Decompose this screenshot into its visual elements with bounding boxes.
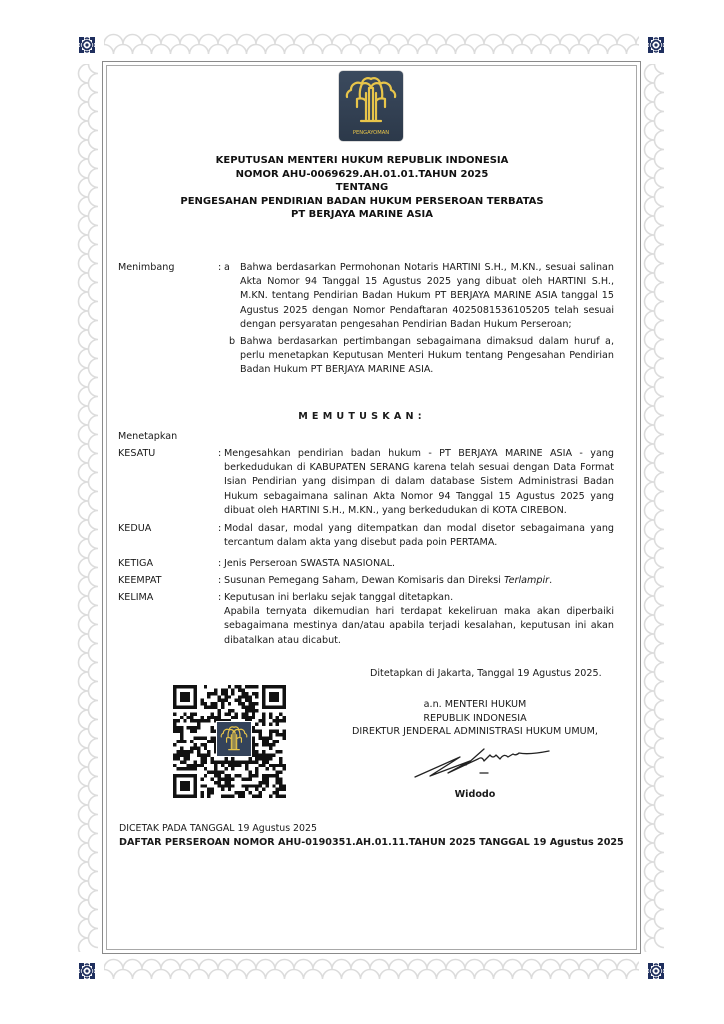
decision-label: KELIMA [118, 591, 153, 605]
signatory-line: DIREKTUR JENDERAL ADMINISTRASI HUKUM UMU… [350, 725, 600, 739]
item-letter: a [224, 261, 230, 275]
signature-icon [400, 743, 575, 783]
corner-ornament-icon [645, 960, 667, 982]
menimbang-a: Menimbang : a Bahwa berdasarkan Permohon… [118, 261, 614, 341]
decision-text-paragraph: Apabila ternyata dikemudian hari terdapa… [224, 605, 614, 648]
decision-text: Susunan Pemegang Saham, Dewan Komisaris … [224, 574, 614, 588]
decision-text: Mengesahkan pendirian badan hukum - PT B… [224, 447, 614, 518]
signatory-line: REPUBLIK INDONESIA [350, 712, 600, 726]
menimbang-text-a: Bahwa berdasarkan Permohonan Notaris HAR… [240, 261, 614, 332]
qr-code-icon[interactable] [173, 685, 286, 798]
decision-text: Modal dasar, modal yang ditempatkan dan … [224, 522, 614, 550]
colon: : [218, 591, 221, 605]
item-letter: b [229, 335, 235, 349]
signer-name: Widodo [350, 789, 600, 800]
memutuskan-heading: MEMUTUSKAN: [120, 411, 604, 422]
decision-text: Keputusan ini berlaku sejak tanggal dite… [224, 591, 614, 648]
menimbang-text-b: Bahwa berdasarkan pertimbangan sebagaima… [240, 335, 614, 378]
colon: : [218, 574, 221, 588]
colon: : [218, 261, 221, 275]
border-pattern-top [104, 32, 639, 58]
border-pattern-right [642, 64, 668, 952]
company-register-number: DAFTAR PERSEROAN NOMOR AHU-0190351.AH.01… [119, 837, 624, 848]
document-title: KEPUTUSAN MENTERI HUKUM REPUBLIK INDONES… [120, 154, 604, 222]
title-subject: PENGESAHAN PENDIRIAN BADAN HUKUM PERSERO… [120, 195, 604, 209]
menetapkan-label: Menetapkan [118, 430, 177, 444]
issued-place-date: Ditetapkan di Jakarta, Tanggal 19 Agustu… [370, 668, 602, 679]
corner-ornament-icon [76, 960, 98, 982]
decision-text-main: Susunan Pemegang Saham, Dewan Komisaris … [224, 575, 501, 586]
colon: : [218, 557, 221, 571]
decision-label: KESATU [118, 447, 155, 461]
title-line: KEPUTUSAN MENTERI HUKUM REPUBLIK INDONES… [120, 154, 604, 168]
qr-logo-icon [216, 721, 252, 757]
menimbang-b: b Bahwa berdasarkan pertimbangan sebagai… [118, 335, 614, 380]
corner-ornament-icon [76, 34, 98, 56]
decision-text-line: Keputusan ini berlaku sejak tanggal dite… [224, 591, 614, 605]
decision-text: Jenis Perseroan SWASTA NASIONAL. [224, 557, 614, 571]
border-pattern-left [76, 64, 102, 952]
decision-label: KETIGA [118, 557, 153, 571]
company-name: PT BERJAYA MARINE ASIA [120, 208, 604, 222]
border-pattern-bottom [104, 957, 639, 983]
title-line: TENTANG [120, 181, 604, 195]
decision-label: KEDUA [118, 522, 151, 536]
colon: : [218, 447, 221, 461]
pengayoman-logo-icon: PENGAYOMAN [339, 71, 403, 141]
decision-kedua: KEDUA : Modal dasar, modal yang ditempat… [118, 522, 614, 552]
menimbang-label: Menimbang [118, 261, 174, 275]
logo-caption: PENGAYOMAN [353, 130, 389, 136]
decision-kesatu: KESATU : Mengesahkan pendirian badan huk… [118, 447, 614, 519]
decision-label: KEEMPAT [118, 574, 162, 588]
corner-ornament-icon [645, 34, 667, 56]
signatory-line: a.n. MENTERI HUKUM [350, 698, 600, 712]
printed-date: DICETAK PADA TANGGAL 19 Agustus 2025 [119, 823, 317, 834]
decision-kelima: KELIMA : Keputusan ini berlaku sejak tan… [118, 591, 614, 651]
signatory-title: a.n. MENTERI HUKUM REPUBLIK INDONESIA DI… [350, 698, 600, 739]
decision-text-end: . [549, 575, 552, 586]
colon: : [218, 522, 221, 536]
decision-number: NOMOR AHU-0069629.AH.01.01.TAHUN 2025 [120, 168, 604, 182]
decision-text-italic: Terlampir [504, 575, 549, 586]
